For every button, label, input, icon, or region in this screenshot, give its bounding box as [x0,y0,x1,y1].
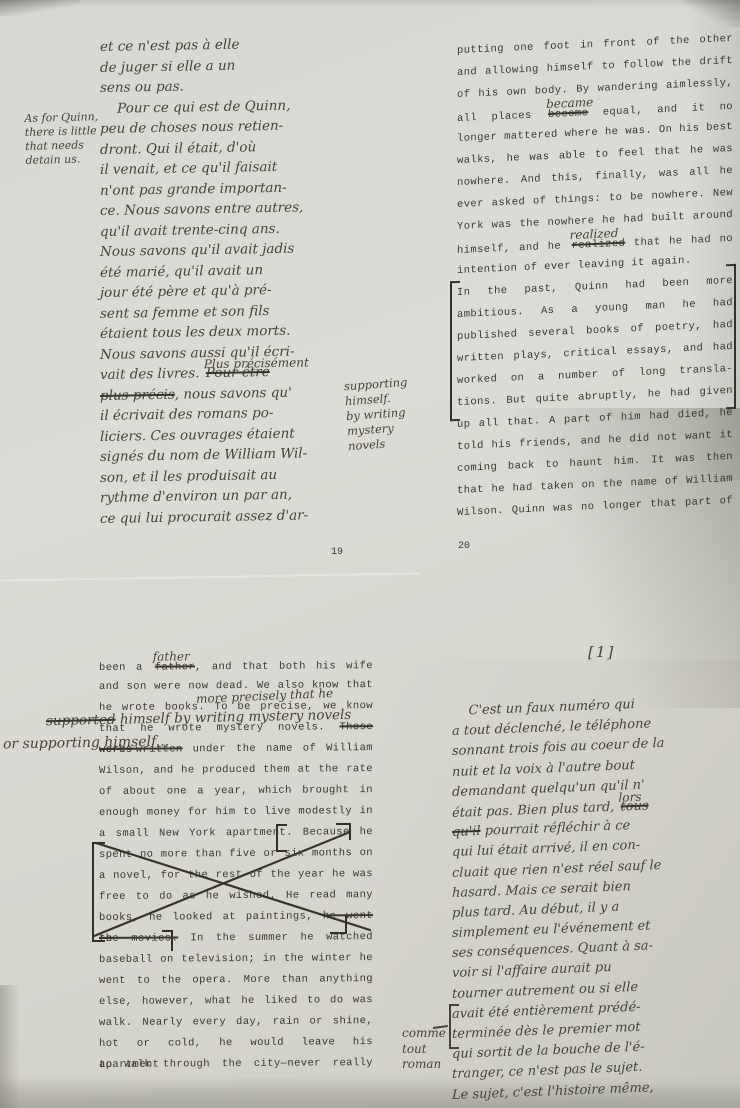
text-run: été marié, qu'il avait un [100,262,263,281]
crossout-x [88,824,380,958]
text-line: novels [348,435,412,454]
chapter-heading: [1] [588,643,615,661]
text-line: there is little [25,124,99,140]
text-run: by writing [346,405,406,423]
handwritten-insert: realized [570,224,572,246]
text-run: As for Quinn, [24,110,98,125]
text-run: walk. Nearly every day, rain or shine, [99,1015,373,1029]
text-run: dront. Qui il était, d'où [100,139,256,158]
text-line: tout [402,1042,446,1058]
margin-note-supporting-himself: supportinghimself.by writingmysterynovel… [343,375,412,454]
text-run: signés du nom de William Wil- [100,445,307,465]
text-run: qu'il avait trente-cinq ans. [100,220,280,239]
margin-note-comme-tout-roman: commetoutroman [402,1026,446,1073]
text-run: Pour ce qui est de Quinn, [100,97,290,116]
text-run: de juger si elle a un [100,57,235,75]
page-french-19: et ce n'est pas à ellede juger si elle a… [100,32,368,529]
text-run: étaient tous les deux morts. [100,323,290,342]
text-run: rythme d'environ un par an, [100,487,292,506]
page-number-20: 20 [458,541,470,552]
text-line: detain us. [25,152,99,168]
text-line: comme [402,1026,446,1042]
text-run: peu de choses nous retien- [100,118,283,137]
struck-text: supported [46,712,116,729]
page-french-chapter-1: C'est un faux numéro quia tout déclenché… [452,691,738,1106]
text-run: jour été père et qu'à pré- [100,282,272,301]
text-line: of about one a year, which brought in [99,780,373,803]
text-run: pourrait réfléchir à ce [481,818,631,839]
text-run: il écrivait des romans po- [100,405,273,424]
text-run: else, however, what he liked to do was [99,994,373,1008]
text-line: roman [402,1057,446,1073]
photo-edge-shadow [0,0,740,8]
text-line: to walk through the city—never really [99,1053,373,1076]
text-line: hot or cold, he would leave his apartmen… [99,1032,373,1055]
text-run: voir si l'affaire aurait pu [452,960,612,981]
text-run: comme [402,1026,446,1040]
margin-note-as-for-quinn: As for Quinn,there is littlethat needsde… [24,110,99,168]
photo-corner-shadow [0,0,80,16]
text-run: ce qui lui procurait assez d'ar- [100,507,308,527]
struck-text: plus précis [100,386,175,403]
text-run: mystery [347,421,395,438]
page-number-19: 19 [331,547,343,558]
handwritten-annotation-or-supporting: or supporting himself... [3,734,169,753]
text-run: ce. Nous savons entre autres, [100,199,303,219]
text-run: there is little [25,124,97,139]
text-run: been a [99,662,153,674]
text-run: son, et il les produisait au [100,466,277,485]
typescript-text: putting one foot in front of the otheran… [457,28,733,524]
struck-text: qu'il [452,824,481,840]
text-run: vait des livres. [100,365,204,383]
text-run: went to the opera. More than anything [99,973,373,987]
handwritten-insert: lors [619,787,621,807]
text-run: sent sa femme et son fils [100,303,269,322]
text-run: enough money for him to live modestly in [99,805,373,819]
text-run: detain us. [25,153,80,167]
text-line: Wilson, and he produced them at the rate [99,759,373,782]
paper-crease [0,572,420,581]
text-run: tout [402,1042,427,1056]
text-line: ce qui lui procurait assez d'ar- [100,504,368,529]
text-run: that needs [25,138,84,153]
text-run: to walk through the city—never really [99,1057,373,1071]
text-run: , nous savons qu' [175,384,292,402]
text-run: Nous savons qu'il avait jadis [100,241,294,260]
text-run: Wilson, and he produced them at the rate [99,763,373,777]
handwritten-insert: Plus précisément [204,354,206,375]
text-run: n'ont pas grande importan- [100,179,287,198]
text-run: under the name of William [183,742,373,755]
text-line: walk. Nearly every day, rain or shine, [99,1011,373,1034]
text-run: novels [348,437,386,454]
text-run: supporting [343,375,407,393]
handwritten-insert: father [153,647,155,668]
text-line: went to the opera. More than anything [99,969,373,992]
text-run: sens ou pas. [100,79,184,96]
text-line: else, however, what he liked to do was [99,990,373,1013]
text-run: , and that both his wife [195,660,373,673]
text-run: or supporting himself... [3,734,169,753]
text-run: il venait, et ce qu'il faisait [100,159,277,178]
text-run: of about one a year, which brought in [99,784,373,798]
text-run: liciers. Ces ouvrages étaient [100,425,295,444]
photo-corner-shadow [684,0,740,28]
text-line: been a fatherfather, and that both his w… [99,654,373,677]
page-typescript-20: putting one foot in front of the otheran… [457,28,733,524]
text-run: roman [402,1057,441,1071]
text-run: himself, and he [457,240,570,257]
text-run: that he had no [625,233,733,250]
manuscript-photo: et ce n'est pas à ellede juger si elle a… [0,0,740,1108]
text-line: enough money for him to live modestly in [99,801,373,824]
text-run: all places [457,109,546,125]
text-run: et ce n'est pas à elle [100,37,239,55]
photo-shadow [0,985,20,1108]
handwritten-insert: became [546,93,548,115]
